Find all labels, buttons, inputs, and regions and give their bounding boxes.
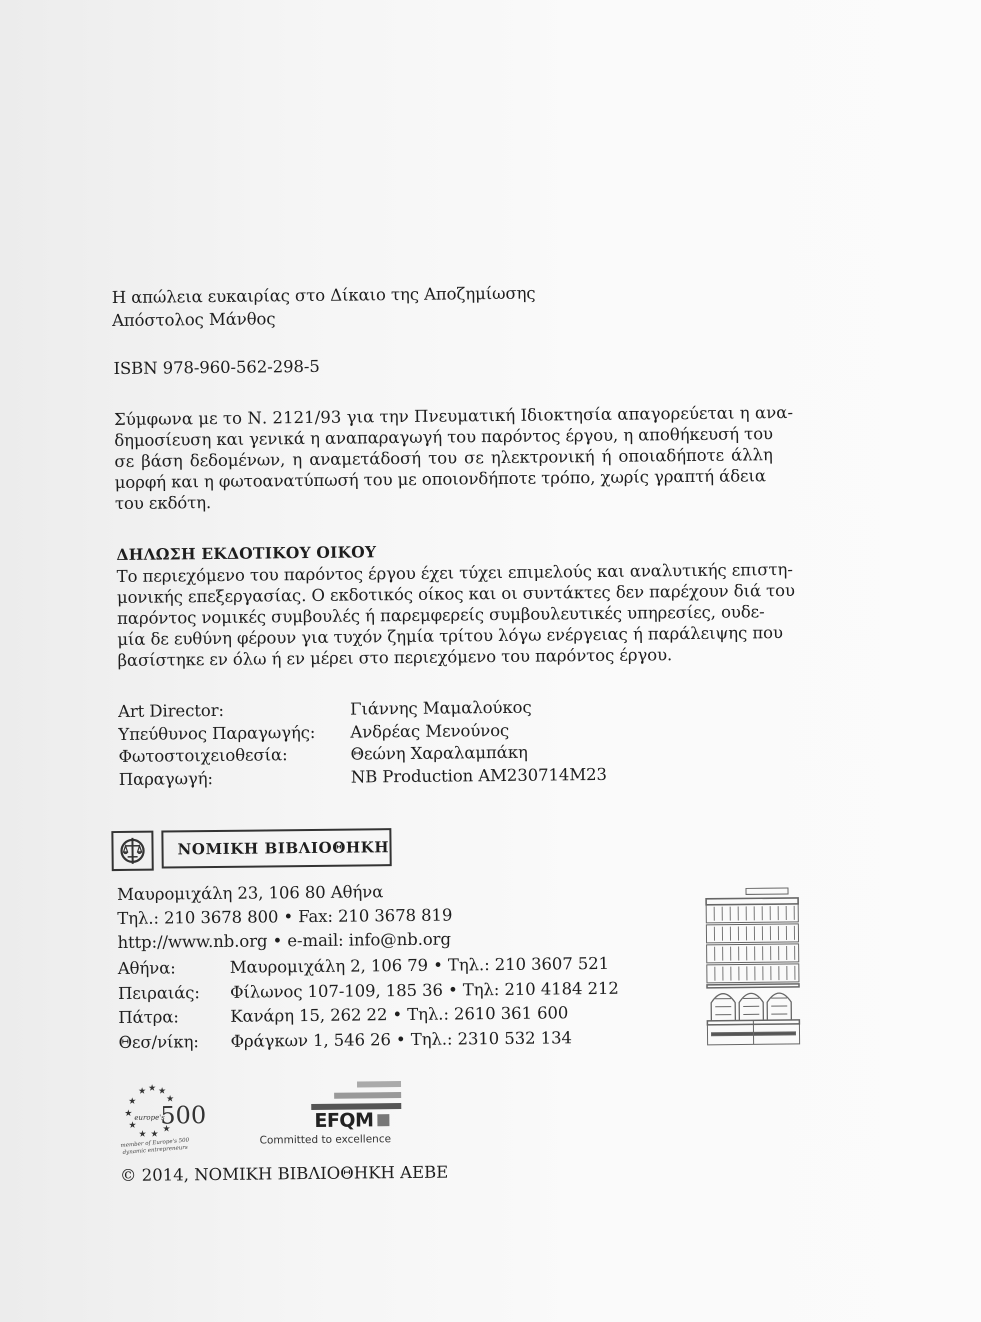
credit-value: Γιάννης Μαμαλούκος bbox=[350, 697, 532, 721]
copyright-page: Η απώλεια ευκαιρίας στο Δίκαιο της Αποζη… bbox=[0, 0, 981, 1322]
publisher-name: ΝΟΜΙΚΗ ΒΙΒΛΙΟΘΗΚΗ bbox=[161, 828, 391, 868]
hq-address: Μαυρομιχάλη 23, 106 80 Αθήνα bbox=[117, 881, 452, 909]
scales-of-justice-icon bbox=[111, 831, 153, 871]
building-facade-icon bbox=[704, 880, 806, 1050]
svg-text:★: ★ bbox=[138, 1130, 146, 1140]
credit-label: Φωτοστοιχειοθεσία: bbox=[118, 744, 350, 769]
branch-details: Φράγκων 1, 546 26 • Τηλ.: 2310 532 134 bbox=[230, 1027, 572, 1055]
hq-web-email[interactable]: http://www.nb.org • e-mail: info@nb.org bbox=[117, 929, 452, 957]
svg-text:★: ★ bbox=[138, 1087, 146, 1097]
copyright-line: © 2014, ΝΟΜΙΚΗ ΒΙΒΛΙΟΘΗΚΗ ΑΕΒΕ bbox=[120, 1163, 448, 1185]
europe-500-badge: ★★★ ★★ ★ ★★★★ europe's 500 member of Eur… bbox=[116, 1083, 217, 1160]
svg-text:★: ★ bbox=[150, 1130, 158, 1140]
branch-city: Πειραιάς: bbox=[118, 981, 230, 1007]
book-author: Απόστολος Μάνθος bbox=[112, 306, 536, 331]
hq-phone-fax: Τηλ.: 210 3678 800 • Fax: 210 3678 819 bbox=[117, 905, 452, 933]
book-info: Η απώλεια ευκαιρίας στο Δίκαιο της Αποζη… bbox=[112, 283, 536, 331]
credit-value: Ανδρέας Μενούνος bbox=[350, 719, 509, 743]
credit-label: Παραγωγή: bbox=[119, 766, 351, 791]
publisher-headquarters: Μαυρομιχάλη 23, 106 80 Αθήνα Τηλ.: 210 3… bbox=[117, 881, 453, 957]
svg-text:★: ★ bbox=[128, 1097, 136, 1107]
credit-label: Υπεύθυνος Παραγωγής: bbox=[118, 721, 350, 746]
svg-text:★: ★ bbox=[148, 1084, 156, 1094]
svg-text:★: ★ bbox=[124, 1109, 132, 1119]
credit-value: Θεώνη Χαραλαμπάκη bbox=[350, 742, 527, 766]
publisher-declaration: ΔΗΛΩΣΗ ΕΚΔΟΤΙΚΟΥ ΟΙΚΟΥ Το περιεχόμενο το… bbox=[116, 537, 829, 671]
efqm-square-icon bbox=[377, 1114, 389, 1126]
efqm-tagline: Committed to excellence bbox=[260, 1133, 392, 1146]
publisher-logo: ΝΟΜΙΚΗ ΒΙΒΛΙΟΘΗΚΗ bbox=[111, 828, 391, 871]
isbn: ISBN 978-960-562-298-5 bbox=[113, 356, 319, 379]
efqm-name: EFQM bbox=[314, 1109, 373, 1132]
svg-text:★: ★ bbox=[158, 1087, 166, 1097]
branch-list: Αθήνα: Μαυρομιχάλη 2, 106 79 • Τηλ.: 210… bbox=[118, 953, 620, 1056]
credit-label: Art Director: bbox=[118, 699, 350, 724]
europe-number: 500 bbox=[160, 1101, 206, 1129]
credit-value: NB Production AM230714M23 bbox=[351, 763, 607, 788]
credits: Art Director: Γιάννης Μαμαλούκος Υπεύθυν… bbox=[118, 696, 607, 791]
branch-city: Θεσ/νίκη: bbox=[118, 1030, 230, 1056]
book-title: Η απώλεια ευκαιρίας στο Δίκαιο της Αποζη… bbox=[112, 283, 536, 308]
svg-text:★: ★ bbox=[128, 1121, 136, 1131]
credit-row: Παραγωγή: NB Production AM230714M23 bbox=[119, 763, 607, 791]
efqm-badge: EFQM Committed to excellence bbox=[259, 1079, 402, 1150]
branch-city: Αθήνα: bbox=[118, 957, 230, 983]
copyright-notice: Σύμφωνα με το Ν. 2121/93 για την Πνευματ… bbox=[114, 402, 815, 514]
branch-details: Κανάρη 15, 262 22 • Τηλ.: 2610 361 600 bbox=[230, 1002, 568, 1030]
branch-city: Πάτρα: bbox=[118, 1006, 230, 1032]
branch-row: Θεσ/νίκη: Φράγκων 1, 546 26 • Τηλ.: 2310… bbox=[118, 1026, 619, 1056]
